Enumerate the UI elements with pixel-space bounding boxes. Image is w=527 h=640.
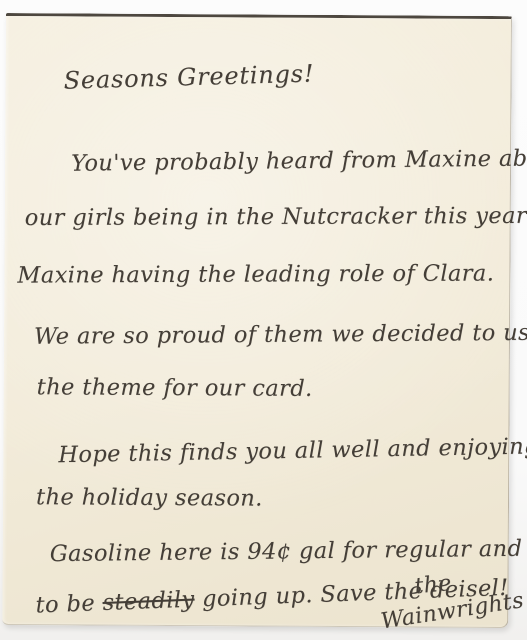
salutation: Seasons Greetings! <box>63 62 314 93</box>
closing-prefix: to be <box>35 590 103 618</box>
letter-line-2: our girls being in the Nutcracker this y… <box>25 205 527 230</box>
letter-line-3: Maxine having the leading role of Clara. <box>17 262 494 287</box>
letter-line-6: Hope this finds you all well and enjoyin… <box>58 435 527 466</box>
letter-line-4: We are so proud of them we decided to us… <box>34 322 527 349</box>
letter-photo: Seasons Greetings! You've probably heard… <box>0 0 527 640</box>
letter-line-5: the theme for our card. <box>37 376 313 400</box>
signature-line-1: the <box>414 573 453 599</box>
letter-line-1: You've probably heard from Maxine about <box>71 147 527 175</box>
letter-line-7: the holiday season. <box>36 486 263 510</box>
handwritten-card: Seasons Greetings! You've probably heard… <box>2 13 512 628</box>
letter-line-8: Gasoline here is 94¢ gal for regular and… <box>50 537 527 566</box>
struck-word: steadily <box>102 587 195 616</box>
